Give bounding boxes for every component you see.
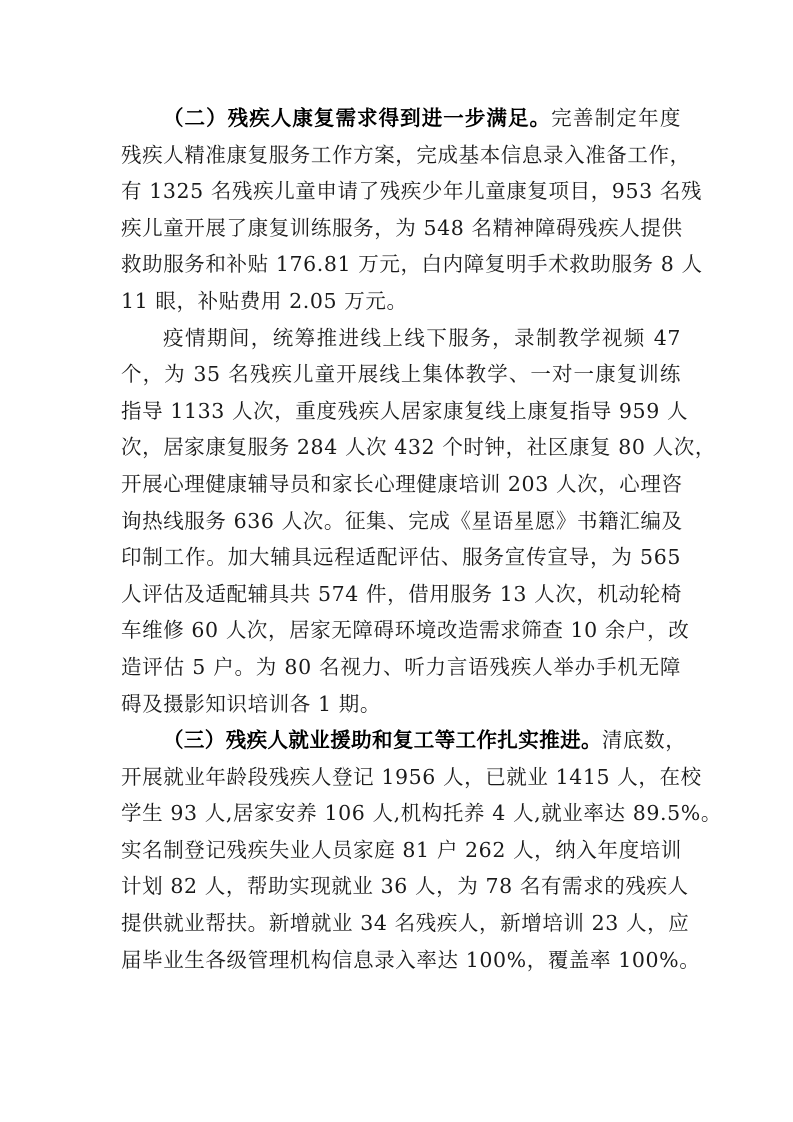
text-line: 有 1325 名残疾儿童申请了残疾少年儿童康复项目，953 名残 (121, 173, 681, 210)
text-line: 人评估及适配辅具共 574 件，借用服务 13 人次，机动轮椅 (121, 576, 681, 613)
text-line: 碍及摄影知识培训各 1 期。 (121, 686, 681, 723)
text-line: 疫情期间，统筹推进线上线下服务，录制教学视频 47 (121, 320, 681, 357)
text-line: 学生 93 人,居家安养 106 人,机构托养 4 人,就业率达 89.5%。 (121, 795, 681, 832)
text-line: 车维修 60 人次，居家无障碍环境改造需求筛查 10 余户，改 (121, 612, 681, 649)
paragraph-rehabilitation: （二）残疾人康复需求得到进一步满足。完善制定年度 残疾人精准康复服务工作方案，完… (121, 100, 681, 320)
text-line: 询热线服务 636 人次。征集、完成《星语星愿》书籍汇编及 (121, 503, 681, 540)
text-line: 提供就业帮扶。新增就业 34 名残疾人，新增培训 23 人，应 (121, 905, 681, 942)
paragraph-pandemic-services: 疫情期间，统筹推进线上线下服务，录制教学视频 47 个，为 35 名残疾儿童开展… (121, 320, 681, 723)
text-line: （二）残疾人康复需求得到进一步满足。完善制定年度 (121, 100, 681, 137)
text-line: （三）残疾人就业援助和复工等工作扎实推进。清底数， (121, 722, 681, 759)
text-line: 次，居家康复服务 284 人次 432 个时钟，社区康复 80 人次， (121, 429, 681, 466)
document-page: （二）残疾人康复需求得到进一步满足。完善制定年度 残疾人精准康复服务工作方案，完… (121, 100, 681, 978)
text-line: 开展心理健康辅导员和家长心理健康培训 203 人次，心理咨 (121, 466, 681, 503)
text-line: 计划 82 人，帮助实现就业 36 人，为 78 名有需求的残疾人 (121, 868, 681, 905)
text-run: 完善制定年度 (551, 106, 681, 130)
section-heading-rehabilitation: （二）残疾人康复需求得到进一步满足。 (163, 106, 551, 130)
section-heading-employment: （三）残疾人就业援助和复工等工作扎实推进。 (163, 728, 602, 752)
text-line: 疾儿童开展了康复训练服务，为 548 名精神障碍残疾人提供 (121, 210, 681, 247)
text-line: 造评估 5 户。为 80 名视力、听力言语残疾人举办手机无障 (121, 649, 681, 686)
text-line: 11 眼，补贴费用 2.05 万元。 (121, 283, 681, 320)
text-line: 届毕业生各级管理机构信息录入率达 100%，覆盖率 100%。 (121, 942, 681, 979)
text-run: 清底数， (602, 728, 686, 752)
text-line: 实名制登记残疾失业人员家庭 81 户 262 人，纳入年度培训 (121, 832, 681, 869)
text-line: 个，为 35 名残疾儿童开展线上集体教学、一对一康复训练 (121, 356, 681, 393)
text-line: 残疾人精准康复服务工作方案，完成基本信息录入准备工作， (121, 137, 681, 174)
text-line: 开展就业年龄段残疾人登记 1956 人，已就业 1415 人，在校 (121, 759, 681, 796)
text-line: 救助服务和补贴 176.81 万元，白内障复明手术救助服务 8 人 (121, 246, 681, 283)
text-line: 指导 1133 人次，重度残疾人居家康复线上康复指导 959 人 (121, 393, 681, 430)
paragraph-employment: （三）残疾人就业援助和复工等工作扎实推进。清底数， 开展就业年龄段残疾人登记 1… (121, 722, 681, 978)
text-line: 印制工作。加大辅具远程适配评估、服务宣传宣导，为 565 (121, 539, 681, 576)
